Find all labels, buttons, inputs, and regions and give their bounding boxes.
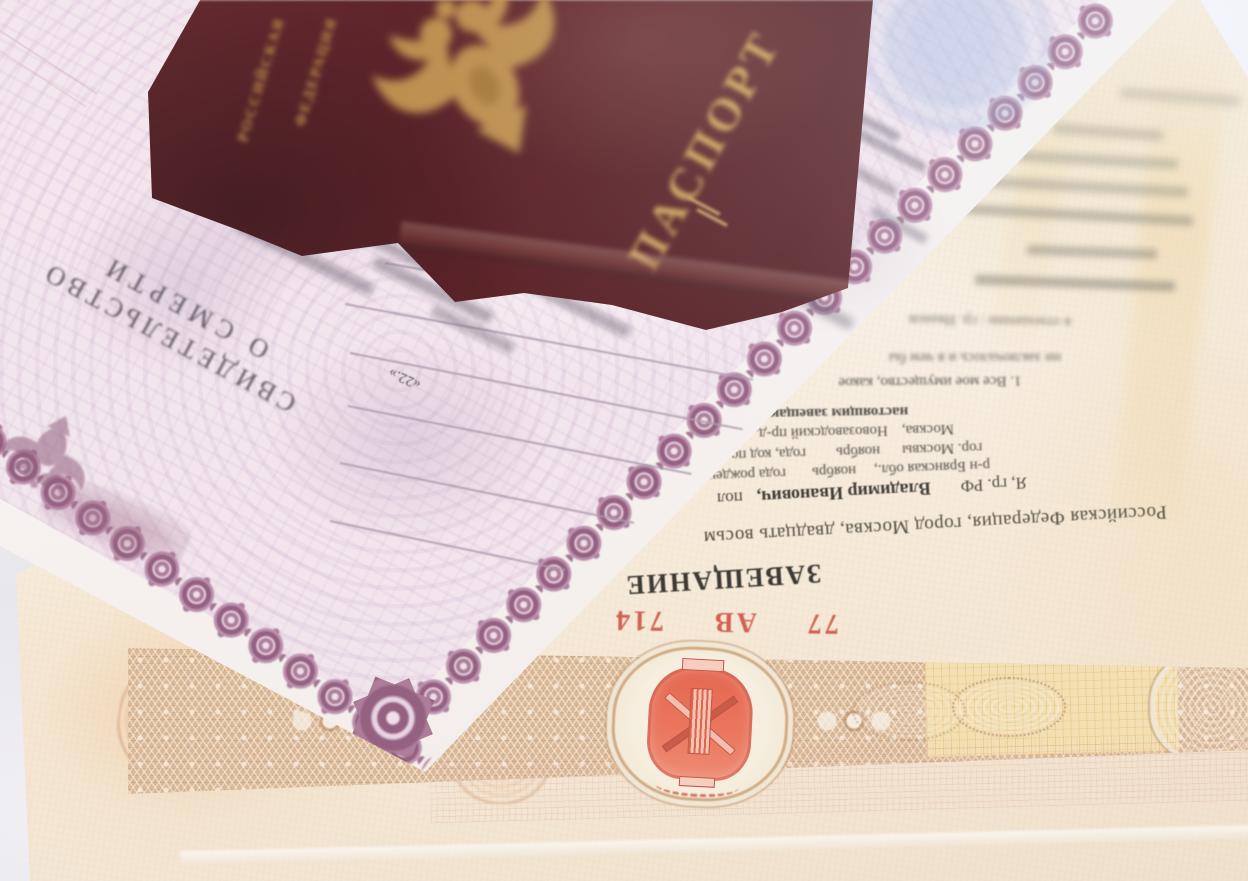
will-series-number: 77 АВ 714 bbox=[613, 603, 839, 639]
photo-scene: 77 АВ 714 ЗАВЕЩАНИЕ Российская Федерация… bbox=[0, 0, 1248, 881]
band-vesica-medallion bbox=[852, 681, 966, 741]
will-property-line: 1. Все мое имущество, какое bbox=[838, 372, 1021, 391]
notary-column-icon bbox=[687, 688, 712, 755]
column-base bbox=[682, 658, 725, 672]
notary-emblem bbox=[608, 642, 792, 805]
will-bequeath-line: настоящим завещаю bbox=[768, 402, 909, 421]
will-property-line2: ни заключалось и в чем бы bbox=[889, 349, 1062, 366]
band-vesica-medallion bbox=[952, 677, 1066, 737]
will-respect-line: в отношении : гр. Иванов bbox=[909, 310, 1072, 330]
